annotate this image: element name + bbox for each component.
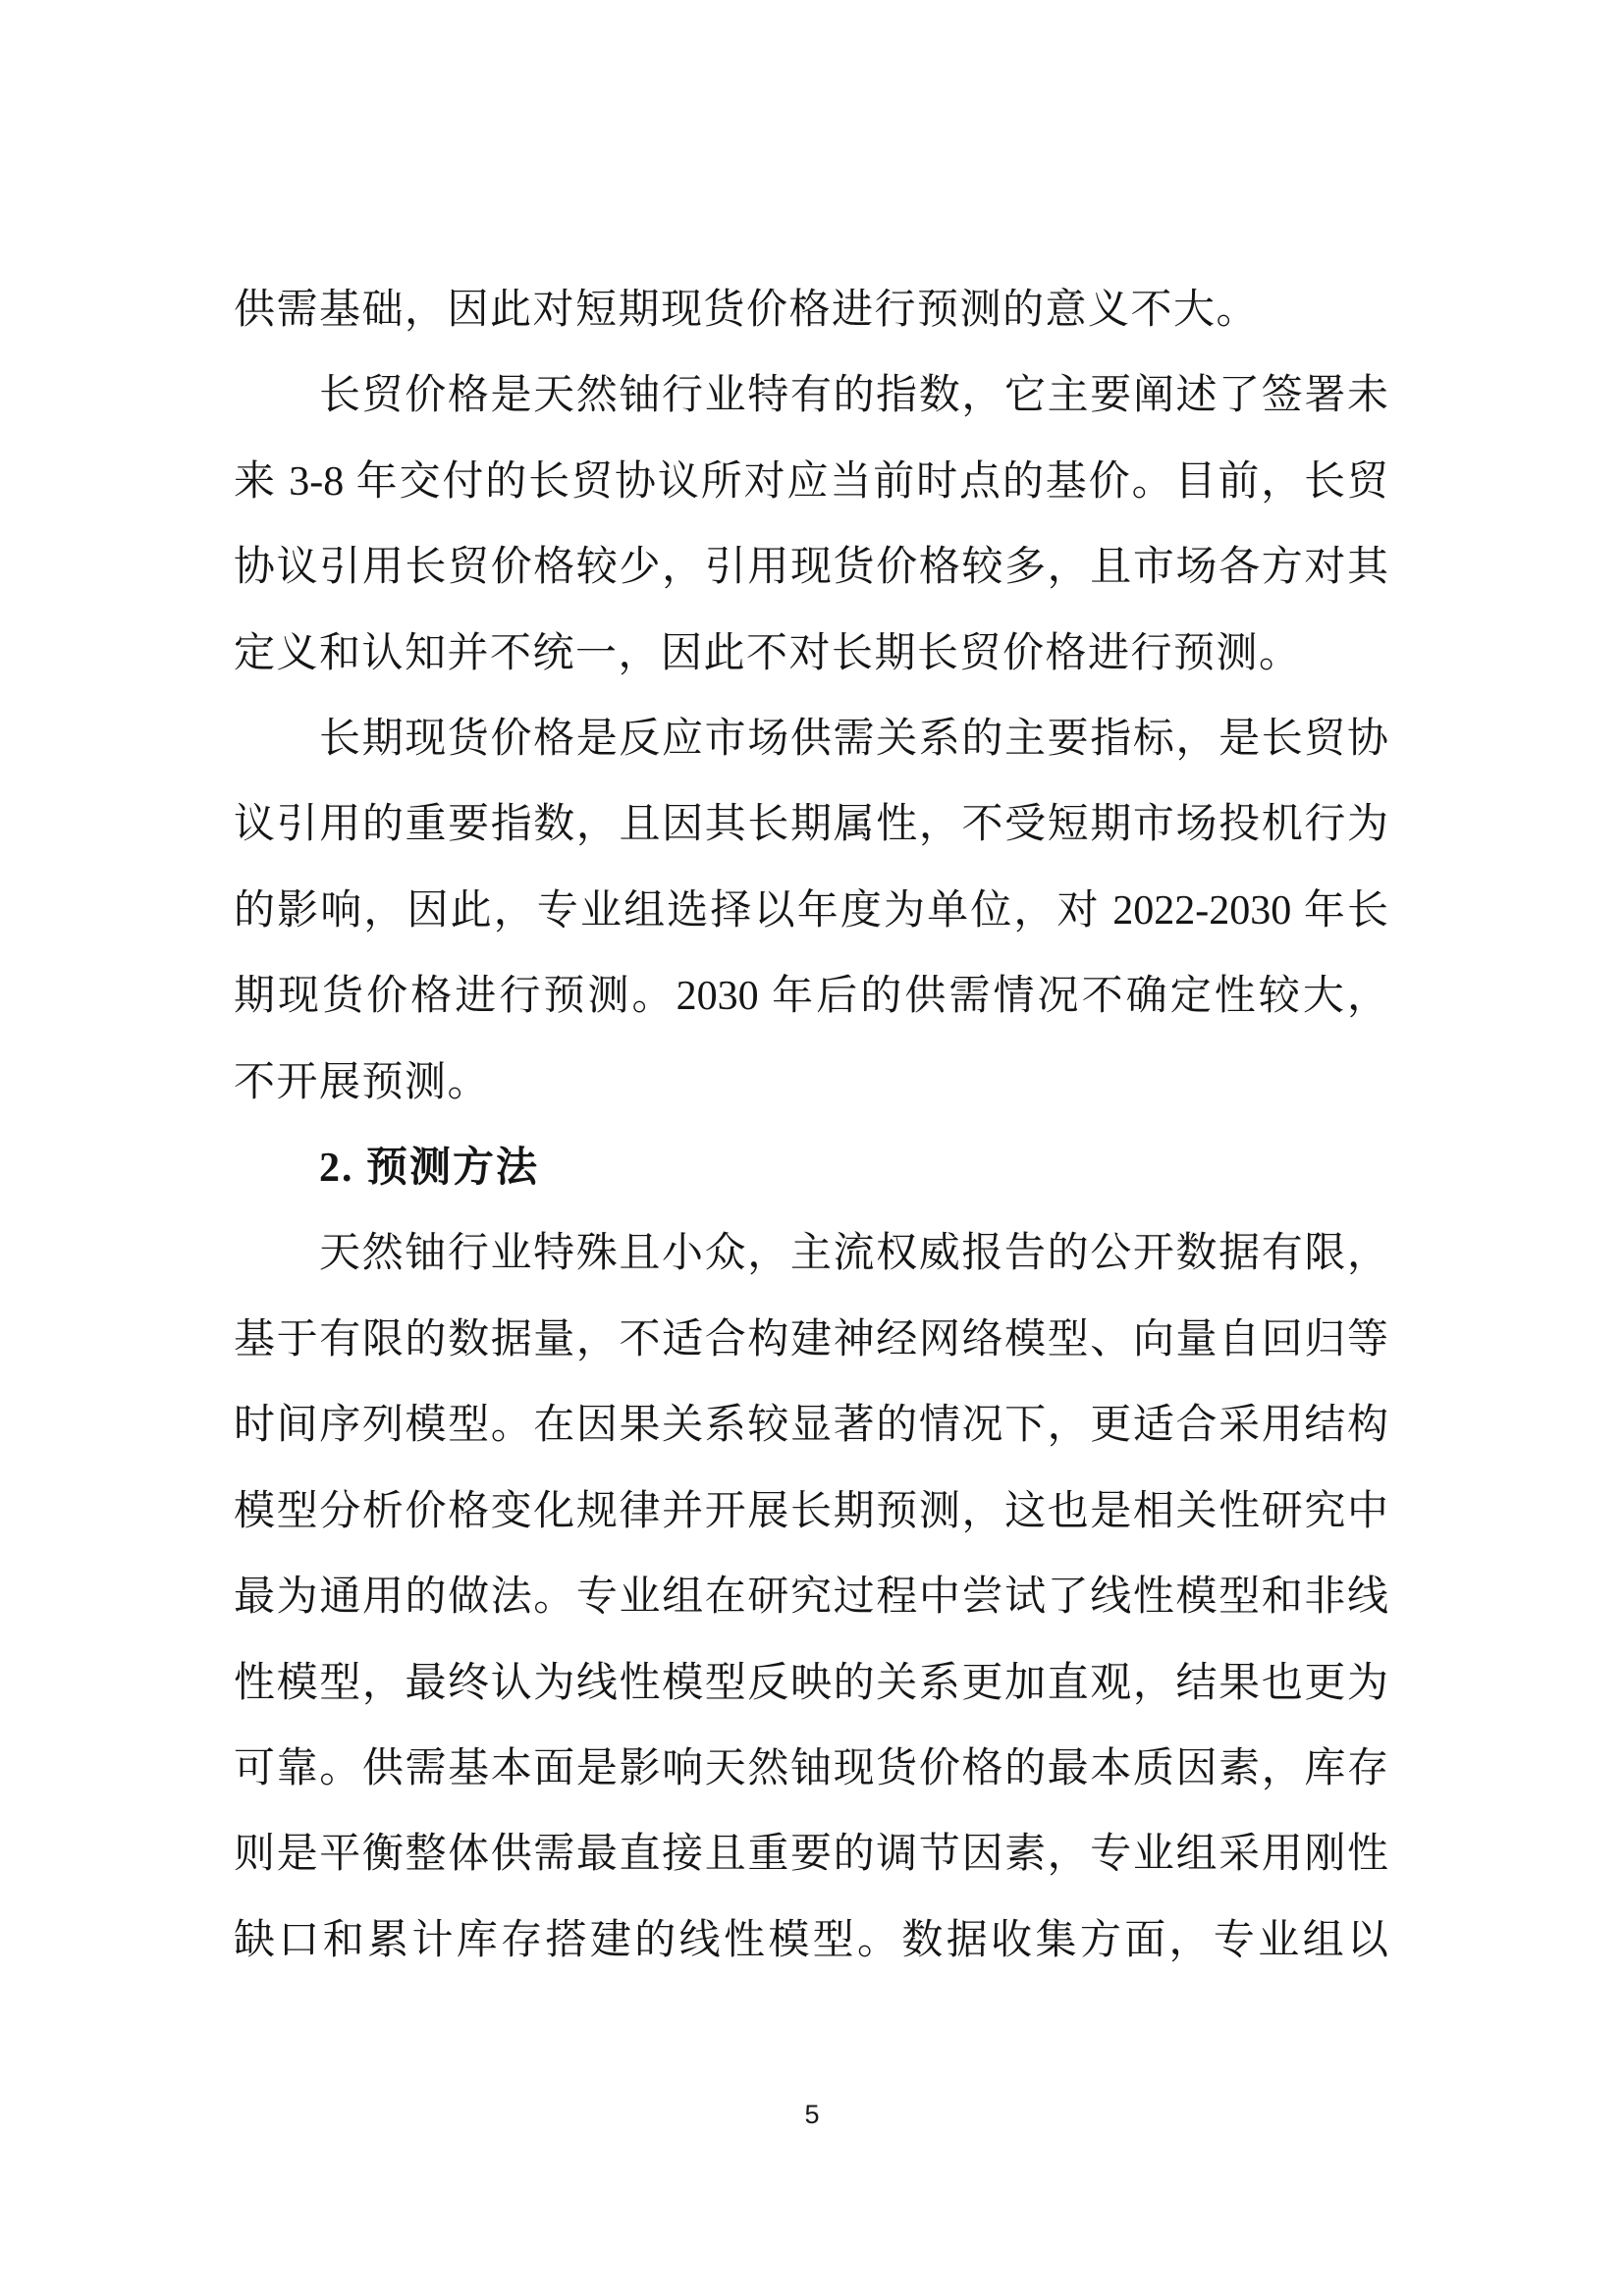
document-page: 供需基础，因此对短期现货价格进行预测的意义不大。长贸价格是天然铀行业特有的指数，… bbox=[0, 0, 1624, 2296]
text-block: 供需基础，因此对短期现货价格进行预测的意义不大。长贸价格是天然铀行业特有的指数，… bbox=[234, 268, 1388, 1984]
text-line: 不开展预测。 bbox=[234, 1041, 1388, 1126]
section-heading: 2. 预测方法 bbox=[234, 1126, 1388, 1211]
text-line: 则是平衡整体供需最直接且重要的调节因素，专业组采用刚性 bbox=[234, 1812, 1388, 1897]
page-number: 5 bbox=[0, 2100, 1624, 2130]
text-line: 供需基础，因此对短期现货价格进行预测的意义不大。 bbox=[234, 268, 1388, 353]
text-line: 期现货价格进行预测。2030 年后的供需情况不确定性较大， bbox=[234, 954, 1388, 1040]
text-line: 协议引用长贸价格较少，引用现货价格较多，且市场各方对其 bbox=[234, 525, 1388, 611]
text-line: 时间序列模型。在因果关系较显著的情况下，更适合采用结构 bbox=[234, 1383, 1388, 1468]
text-line: 模型分析价格变化规律并开展长期预测，这也是相关性研究中 bbox=[234, 1469, 1388, 1555]
text-line: 的影响，因此，专业组选择以年度为单位，对 2022-2030 年长 bbox=[234, 869, 1388, 954]
text-line: 定义和认知并不统一，因此不对长期长贸价格进行预测。 bbox=[234, 612, 1388, 697]
text-line: 来 3-8 年交付的长贸协议所对应当前时点的基价。目前，长贸 bbox=[234, 440, 1388, 525]
text-line: 可靠。供需基本面是影响天然铀现货价格的最本质因素，库存 bbox=[234, 1727, 1388, 1812]
text-line: 长期现货价格是反应市场供需关系的主要指标，是长贸协 bbox=[234, 697, 1388, 782]
text-line: 缺口和累计库存搭建的线性模型。数据收集方面，专业组以 bbox=[234, 1898, 1388, 1984]
text-line: 天然铀行业特殊且小众，主流权威报告的公开数据有限， bbox=[234, 1211, 1388, 1297]
text-line: 议引用的重要指数，且因其长期属性，不受短期市场投机行为 bbox=[234, 782, 1388, 868]
text-line: 基于有限的数据量，不适合构建神经网络模型、向量自回归等 bbox=[234, 1298, 1388, 1383]
text-line: 长贸价格是天然铀行业特有的指数，它主要阐述了签署未 bbox=[234, 353, 1388, 439]
text-line: 性模型，最终认为线性模型反映的关系更加直观，结果也更为 bbox=[234, 1641, 1388, 1727]
text-line: 最为通用的做法。专业组在研究过程中尝试了线性模型和非线 bbox=[234, 1555, 1388, 1640]
